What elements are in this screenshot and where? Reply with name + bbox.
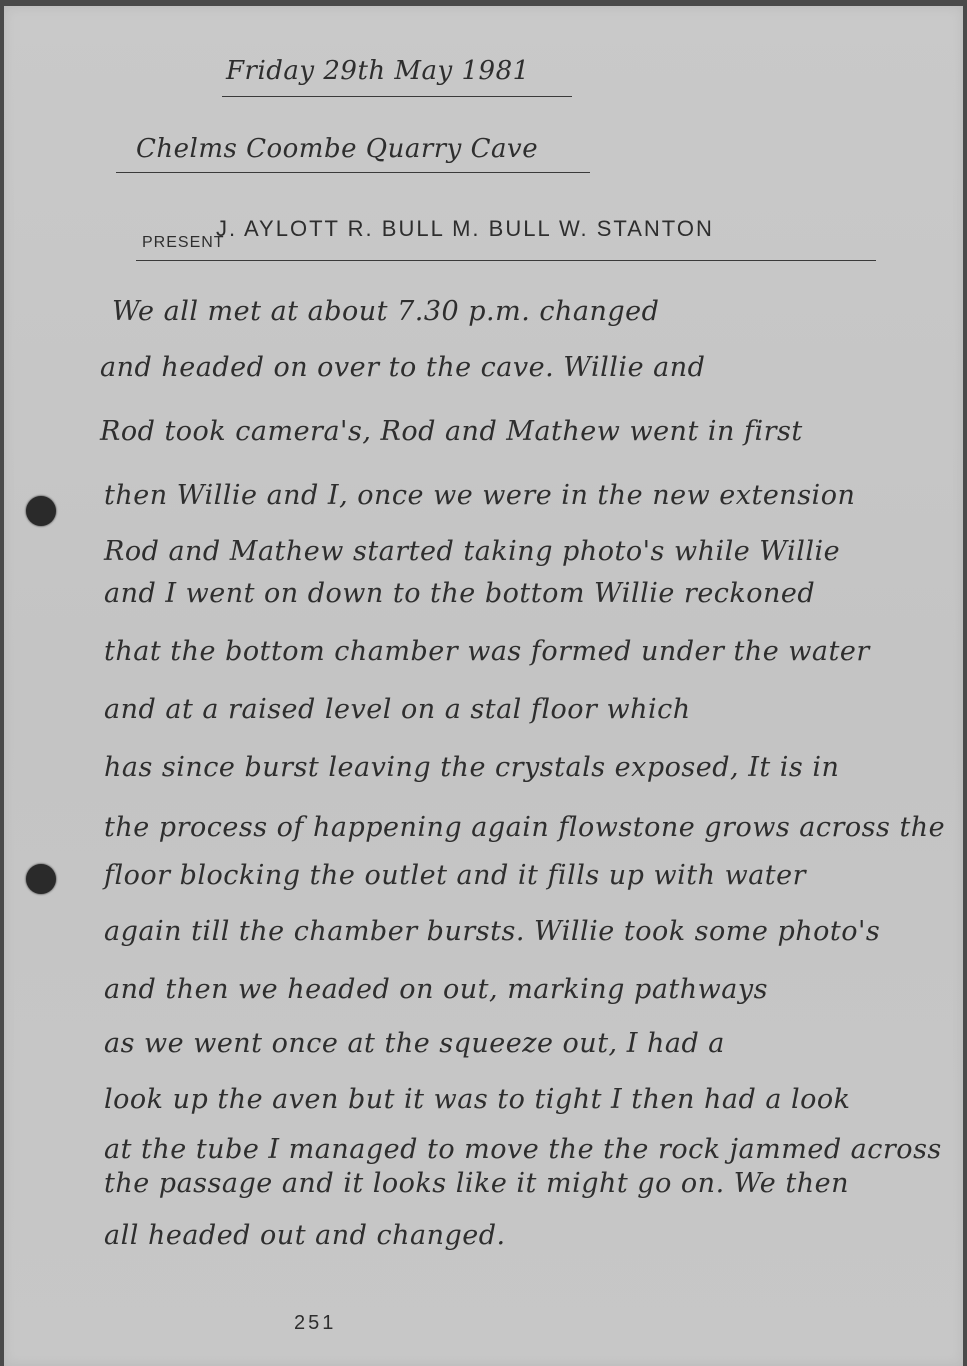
body-line: and I went on down to the bottom Willie … bbox=[104, 578, 815, 609]
cave-name-underline bbox=[116, 172, 590, 173]
cave-name: Chelms Coombe Quarry Cave bbox=[136, 134, 538, 164]
body-line: as we went once at the squeeze out, I ha… bbox=[104, 1028, 725, 1059]
body-line: at the tube I managed to move the the ro… bbox=[104, 1134, 942, 1165]
body-line: has since burst leaving the crystals exp… bbox=[104, 752, 839, 783]
page-number: 251 bbox=[294, 1312, 336, 1335]
notebook-page: Friday 29th May 1981 Chelms Coombe Quarr… bbox=[4, 6, 963, 1366]
body-line: and then we headed on out, marking pathw… bbox=[104, 974, 768, 1005]
body-line: the process of happening again flowstone… bbox=[104, 812, 945, 843]
punch-hole-lower bbox=[26, 864, 56, 894]
date-underline bbox=[222, 96, 572, 97]
body-line: all headed out and changed. bbox=[104, 1220, 506, 1251]
present-underline bbox=[136, 260, 876, 261]
body-line: and at a raised level on a stal floor wh… bbox=[104, 694, 691, 725]
body-line: that the bottom chamber was formed under… bbox=[104, 636, 870, 667]
body-line: the passage and it looks like it might g… bbox=[104, 1168, 849, 1199]
body-line: then Willie and I, once we were in the n… bbox=[104, 480, 855, 511]
present-names: J. AYLOTT R. BULL M. BULL W. STANTON bbox=[216, 216, 714, 242]
punch-hole-upper bbox=[26, 496, 56, 526]
body-line: and headed on over to the cave. Willie a… bbox=[100, 352, 705, 383]
body-line: again till the chamber bursts. Willie to… bbox=[104, 916, 880, 947]
body-line: look up the aven but it was to tight I t… bbox=[104, 1084, 851, 1115]
body-line: Rod and Mathew started taking photo's wh… bbox=[104, 536, 840, 567]
body-line: floor blocking the outlet and it fills u… bbox=[104, 860, 806, 891]
entry-date: Friday 29th May 1981 bbox=[226, 56, 530, 86]
body-line: We all met at about 7.30 p.m. changed bbox=[112, 296, 659, 327]
body-line: Rod took camera's, Rod and Mathew went i… bbox=[100, 416, 803, 447]
present-label: PRESENT bbox=[142, 234, 225, 252]
